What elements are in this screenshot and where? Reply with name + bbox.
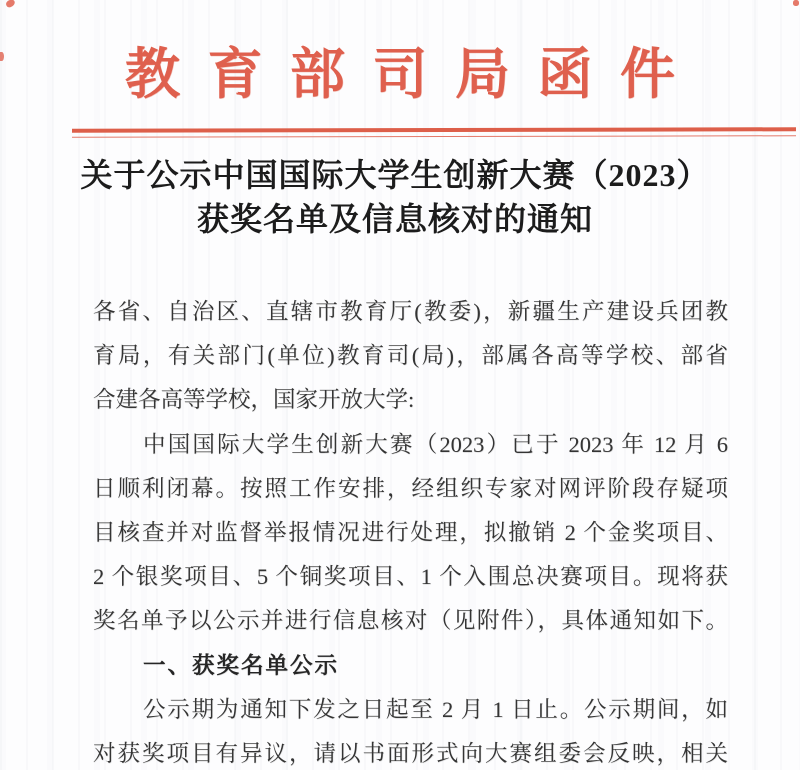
letterhead-divider-rule — [72, 127, 796, 138]
document-title: 关于公示中国国际大学生创新大赛（2023） 获奖名单及信息核对的通知 — [0, 153, 790, 241]
body-line-recipients-3: 合建各高等学校，国家开放大学: — [93, 378, 728, 422]
body-line-para1-3: 目核查并对监督举报情况进行处理，拟撤销 2 个金奖项目、 — [93, 511, 728, 555]
body-line-para2-1: 公示期为通知下发之日起至 2 月 1 日止。公示期间，如 — [93, 688, 728, 732]
body-line-recipients-2: 育局，有关部门(单位)教育司(局)，部属各高等学校、部省 — [93, 334, 728, 378]
body-line-para1-1: 中国国际大学生创新大赛（2023）已于 2023 年 12 月 6 — [93, 423, 728, 467]
section-heading-1: 一、获奖名单公示 — [93, 644, 728, 688]
scan-artifact-top-right — [793, 0, 799, 6]
document-title-line2: 获奖名单及信息核对的通知 — [0, 197, 790, 241]
body-line-para1-2: 日顺利闭幕。按照工作安排，经组织专家对网评阶段存疑项 — [93, 467, 728, 511]
scanned-document-page: 教育部司局函件 关于公示中国国际大学生创新大赛（2023） 获奖名单及信息核对的… — [0, 0, 800, 770]
body-line-para2-2: 对获奖项目有异议，请以书面形式向大赛组委会反映，相关 — [93, 732, 728, 770]
document-title-line1: 关于公示中国国际大学生创新大赛（2023） — [0, 153, 790, 197]
scan-artifact-top-left — [5, 0, 16, 8]
document-body: 各省、自治区、直辖市教育厅(教委)，新疆生产建设兵团教 育局，有关部门(单位)教… — [93, 290, 728, 770]
body-line-para1-4: 2 个银奖项目、5 个铜奖项目、1 个入围总决赛项目。现将获 — [93, 555, 728, 599]
body-line-recipients-1: 各省、自治区、直辖市教育厅(教委)，新疆生产建设兵团教 — [93, 290, 728, 334]
letterhead-banner: 教育部司局函件 — [0, 42, 800, 108]
body-line-para1-5: 奖名单予以公示并进行信息核对（见附件），具体通知如下。 — [93, 599, 728, 643]
letterhead-title: 教育部司局函件 — [125, 42, 703, 108]
